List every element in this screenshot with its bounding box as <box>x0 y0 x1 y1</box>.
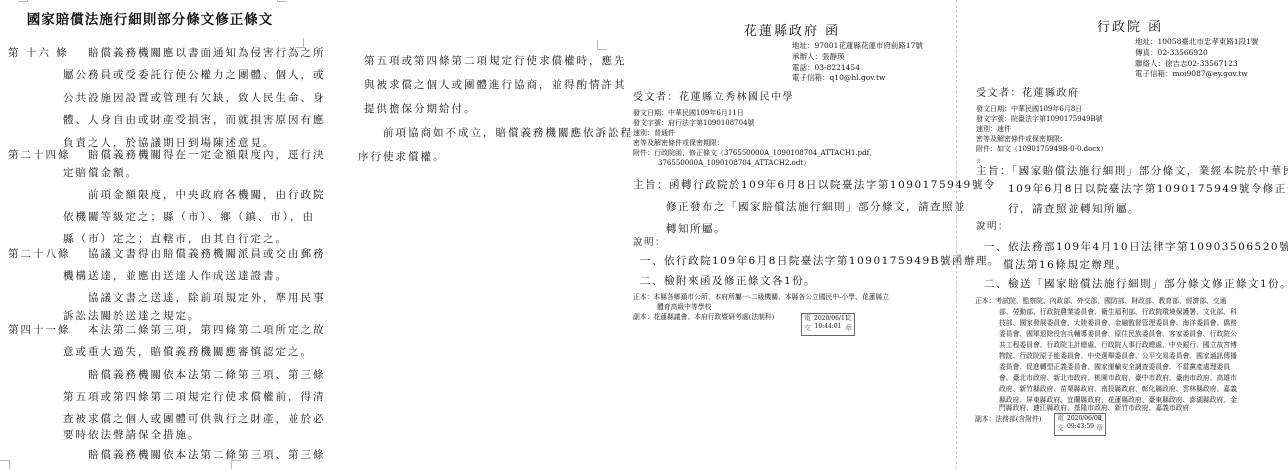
main-recipients-continued: 物院、行政院原子能委員會、中央選舉委員會、公平交易委員會、國家通訊傳播 <box>999 351 1237 362</box>
recipient: 受文者：花蓮縣立秀林國民中學 <box>633 88 794 103</box>
issue-date: 發文日期：中華民國109年6月11日 <box>633 108 744 119</box>
crop-mark <box>0 460 10 469</box>
article-text: 意或重大過失，賠償義務機關應審慎認定之。 <box>63 342 313 362</box>
subject-continued: 行，請查照並轉知所屬。 <box>1008 198 1140 220</box>
letter-title: 行政院 函 <box>1097 16 1163 35</box>
main-recipients-continued: 會、臺北市政府、新北市政府、桃園市政府、臺中市政府、臺南市政府、高雄市 <box>999 373 1237 384</box>
subject: 主旨：函轉行政院於109年6月8日以院臺法字第1090175949號令 <box>633 174 996 196</box>
sender-email: 電子信箱：moi9087@ey.gov.tw <box>1135 68 1248 79</box>
main-recipients-continued: 委員會、國軍退除役官兵輔導委員會、原住民族委員會、客家委員會、行政院公 <box>999 329 1237 340</box>
main-recipients-continued: 技部、國家發展委員會、大陸委員會、金融監督管理委員會、海洋委員會、僑務 <box>999 318 1237 329</box>
sender-email: 電子信箱：q10@hl.gov.tw <box>792 72 885 83</box>
continuation-text: 序行使求償權。 <box>358 144 446 170</box>
article-text: 賠償義務機關得在一定金額限度內，逕行決 <box>88 145 326 165</box>
electronic-exchange-stamp: 電 文 交 章 2020/06/11 10:44:01 <box>801 313 855 336</box>
article-text: 第五項或第四條第二項規定行使求償權前，得清 <box>63 387 326 407</box>
explanation-label: 說明： <box>976 216 1009 238</box>
article-text: 屬公務員或受委託行使公權力之團體、個人，或 <box>63 65 326 85</box>
attachments[interactable]: 附件：行政院函、修正條文（376550000A_1090108704_ATTAC… <box>633 148 876 159</box>
continuation-text: 提供擔保分期給付。 <box>364 96 477 122</box>
explanation-item: 二、檢送「國家賠償法施行細則」部分條文修正條文1份。 <box>984 273 1288 295</box>
urgency: 速別：普通件 <box>633 128 675 139</box>
article-text: 賠償義務機關依本法第二條第三項、第三條 <box>88 445 326 465</box>
crop-mark <box>18 0 28 2</box>
article-label: 第四十一條 <box>8 320 71 340</box>
article-text: 體、人身自由或財產受損害，而就損害原因有應 <box>63 110 326 130</box>
article-text: 賠償義務機關依本法第二條第三項、第三條 <box>88 365 326 385</box>
article-text: 賠償義務機關應以書面通知為侵害行為之所 <box>88 43 326 63</box>
stamp-char: 交 <box>1057 424 1064 433</box>
main-recipients: 正本：考試院、監察院、內政部、外交部、國防部、財政部、教育部、經濟部、交通 <box>975 296 1226 307</box>
letter-title: 花蓮縣政府 函 <box>744 20 840 39</box>
stamp-char: 章 <box>845 324 852 333</box>
document-number: 發文字號：府行法字第1090108704號 <box>633 118 755 129</box>
article-text: 協議文書得由賠償義務機關派員或交由郵務 <box>88 244 326 264</box>
electronic-exchange-stamp: 電 文 交 章 2020/06/08 09:43:59 <box>1054 413 1106 436</box>
urgency: 速別：速件 <box>976 124 1011 135</box>
article-label: 第 十六 條 <box>8 43 69 63</box>
stamp-date: 2020/06/08 <box>1067 415 1093 423</box>
article-text: 依機關等級定之；縣（市）、鄉（鎮、市），由 <box>63 207 315 227</box>
continuation-text: 第五項或第四條第二項規定行使求償權時，應先 <box>364 48 627 74</box>
copy-recipients: 副本：法務部(含附件) <box>975 414 1041 425</box>
classification: 密等及解密條件或保密期限： <box>976 134 1067 145</box>
subject-continued: 轉知所屬。 <box>666 218 726 240</box>
main-recipients-continued: 政府、新竹縣政府、苗栗縣政府、南投縣政府、彰化縣政府、雲林縣政府、嘉義 <box>999 384 1237 395</box>
document-title: 國家賠償法施行細則部分條文修正條文 <box>0 8 300 28</box>
article-text: 協議文書之送達，除前項規定外，準用民事 <box>88 288 326 308</box>
sender-address: 地址：97001花蓮縣花蓮市府前路17號 <box>792 40 923 51</box>
stamp-time: 09:43:59 <box>1067 423 1093 431</box>
classification: 密等及解密條件或保密期限： <box>633 138 724 149</box>
stamp-char: 電 <box>1057 414 1064 423</box>
article-text: 定賠償金額。 <box>63 163 138 183</box>
article-text: 機構送達，並應由送達人作成送達證書。 <box>63 266 288 286</box>
main-recipients-continued: 部、勞動部、行政院農業委員會、衛生福利部、行政院環境保護署、文化部、科 <box>999 307 1237 318</box>
binding-line <box>956 0 957 469</box>
binding-mark: 訂 <box>956 252 961 263</box>
main-recipients-continued: 共工程委員會、行政院主計總處、行政院人事行政總處、中央銀行、國立故宮博 <box>999 340 1237 351</box>
main-recipients-continued: 委員會、促進轉型正義委員會、國家運輸安全調查委員會、不當黨產處理委員 <box>999 362 1230 373</box>
subject-continued: 109年6月8日以院臺法字第1090175949號令修正發布施 <box>1008 178 1288 200</box>
subject-continued: 修正發布之「國家賠償法施行細則」部分條文，請查照並 <box>666 196 966 218</box>
continuation-text: 與被求償之個人或團體進行協商，並得酌情許其 <box>364 72 627 98</box>
stamp-char: 電 <box>804 314 811 323</box>
issue-date: 發文日期：中華民國109年6月8日 <box>976 104 1082 115</box>
explanation-item: 一、依行政院109年6月8日院臺法字第1090175949B號函辦理。 <box>640 250 1000 272</box>
sender-address: 地址：10058臺北市忠孝東路1段1號 <box>1135 36 1258 47</box>
article-label: 第二十八條 <box>8 244 71 264</box>
sender-contact: 承辦人：張靜瑛 <box>792 51 845 62</box>
sender-fax: 傳真：02-33566920 <box>1135 47 1208 58</box>
article-text: 要時依法聲請保全措施。 <box>63 425 201 445</box>
article-text: 公共設施因設置或管理有欠缺，致人民生命、身 <box>63 88 326 108</box>
article-text: 前項金額限度，中央政府各機關，由行政院 <box>88 185 326 205</box>
recipient: 受文者：花蓮縣政府 <box>976 84 1080 99</box>
copy-recipients: 副本：花蓮縣議會、本府行政暨研考處(法制科) <box>633 312 774 323</box>
stamp-time: 10:44:01 <box>814 323 842 331</box>
document-number: 發文字號：院臺法字第1090175949B號 <box>976 114 1103 125</box>
continuation-text: 前項協商如不成立，賠償義務機關應依訴訟程 <box>383 120 633 146</box>
explanation-item: 二、檢附來函及修正條文各1份。 <box>640 270 816 292</box>
stamp-date: 2020/06/11 <box>814 315 842 323</box>
article-text: 本法第二條第三項，第四條第二項所定之故 <box>88 320 326 340</box>
attachments[interactable]: 附件：如文（1090175949B-0-0.docx） <box>976 144 1107 155</box>
article-label: 第二十四條 <box>8 145 71 165</box>
attachments-continued[interactable]: 376550000A_1090108704_ATTACH2.odt） <box>658 158 810 169</box>
stamp-char: 交 <box>804 324 811 333</box>
stamp-char: 章 <box>1096 424 1103 433</box>
crop-mark <box>277 0 287 2</box>
